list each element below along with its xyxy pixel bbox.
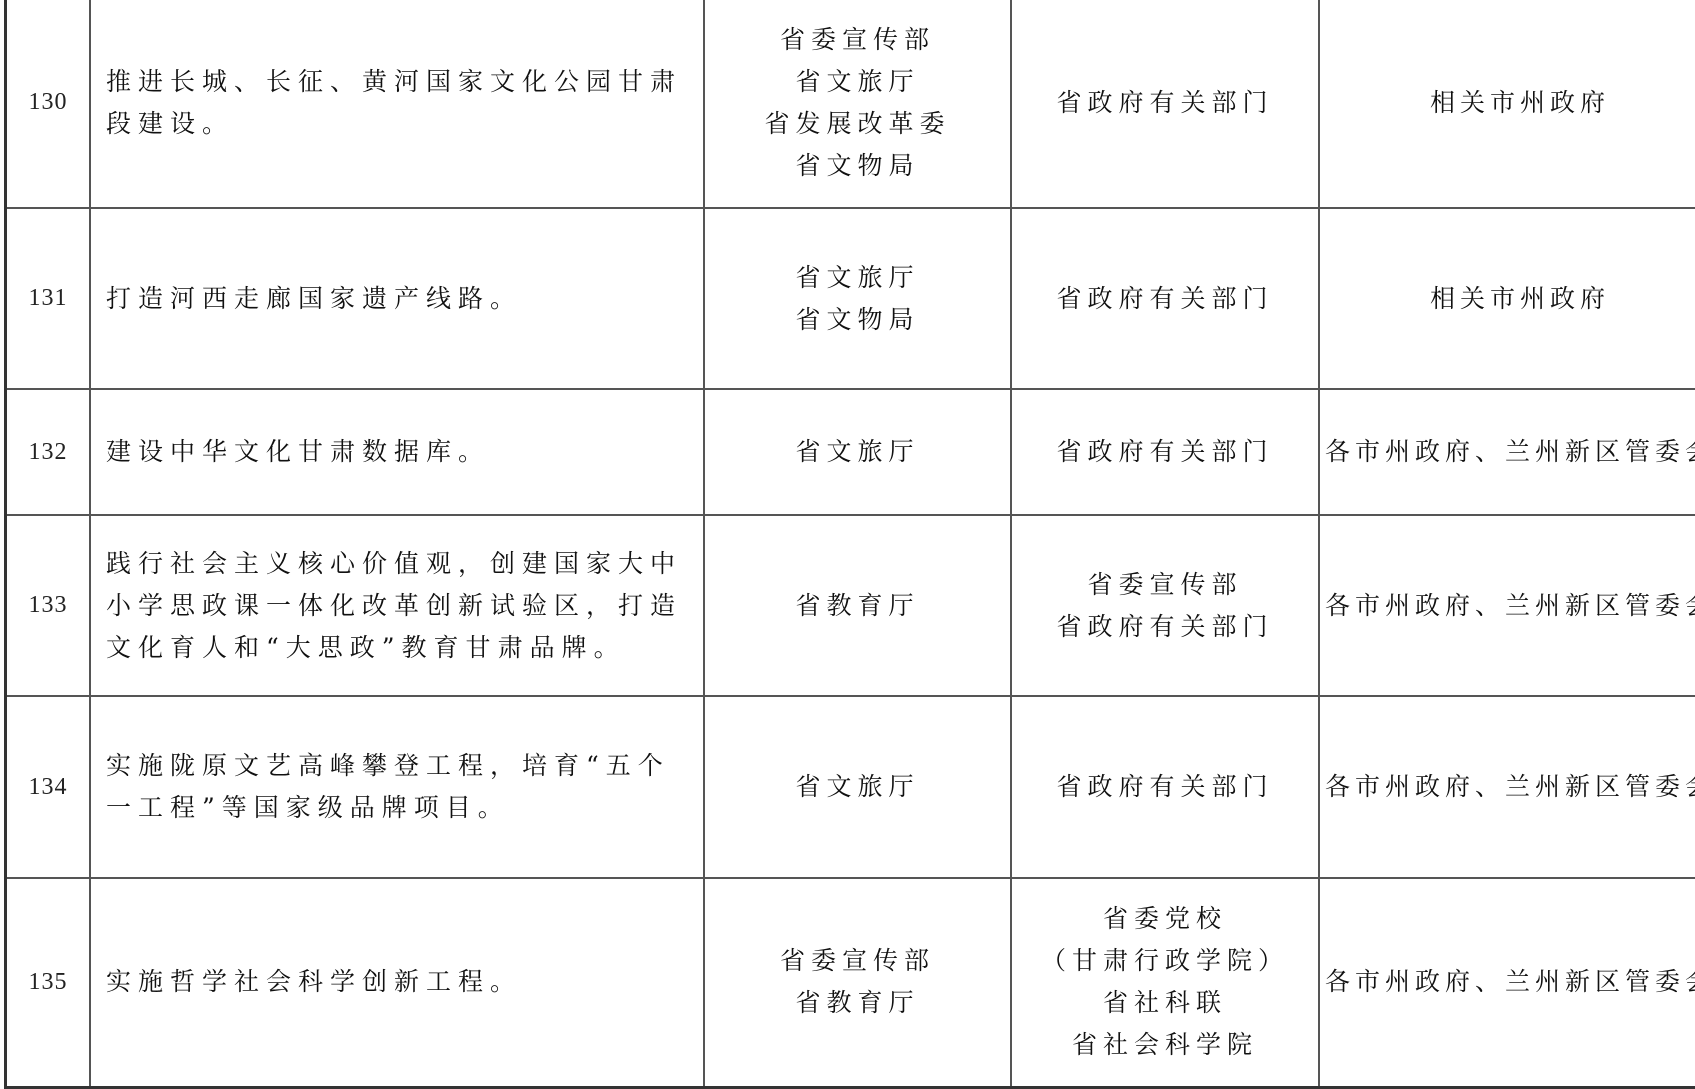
task-cell: 建设中华文化甘肃数据库。 [90, 389, 704, 515]
cooperating-units: 相关市州政府 [1320, 278, 1695, 320]
task-cell: 推进长城、长征、黄河国家文化公园甘肃段建设。 [90, 0, 704, 208]
cooperating-units: 相关市州政府 [1320, 82, 1695, 124]
lead-units-cell: 省委宣传部省文旅厅省发展改革委省文物局 [704, 0, 1011, 208]
task-description: 建设中华文化甘肃数据库。 [106, 431, 693, 473]
task-assignment-table: 130 推进长城、长征、黄河国家文化公园甘肃段建设。 省委宣传部省文旅厅省发展改… [4, 0, 1695, 1089]
cooperating-units-cell: 各市州政府、兰州新区管委会 [1319, 389, 1695, 515]
cooperating-units: 各市州政府、兰州新区管委会 [1320, 431, 1695, 473]
cooperating-units-cell: 各市州政府、兰州新区管委会 [1319, 696, 1695, 878]
row-number-cell: 130 [6, 0, 91, 208]
lead-unit-item: 省发展改革委 [705, 103, 1010, 145]
task-description: 践行社会主义核心价值观，创建国家大中小学思政课一体化改革创新试验区，打造文化育人… [106, 543, 693, 669]
cooperating-units-cell: 各市州政府、兰州新区管委会 [1319, 515, 1695, 696]
responsible-units-cell: 省政府有关部门 [1011, 208, 1319, 389]
row-number: 133 [29, 592, 68, 618]
responsible-unit-item: 省社会科学院 [1012, 1024, 1318, 1066]
table-row: 131 打造河西走廊国家遗产线路。 省文旅厅省文物局 省政府有关部门 相关市州政… [6, 208, 1695, 389]
lead-units-cell: 省文旅厅 [704, 696, 1011, 878]
table-row: 130 推进长城、长征、黄河国家文化公园甘肃段建设。 省委宣传部省文旅厅省发展改… [6, 0, 1695, 208]
row-number: 130 [29, 89, 68, 115]
task-cell: 践行社会主义核心价值观，创建国家大中小学思政课一体化改革创新试验区，打造文化育人… [90, 515, 704, 696]
row-number-cell: 133 [6, 515, 91, 696]
row-number-cell: 131 [6, 208, 91, 389]
lead-units-cell: 省教育厅 [704, 515, 1011, 696]
responsible-unit-item: （甘肃行政学院） [1012, 940, 1318, 982]
lead-units-cell: 省文旅厅省文物局 [704, 208, 1011, 389]
cooperating-units: 各市州政府、兰州新区管委会 [1320, 961, 1695, 1003]
row-number: 135 [29, 969, 68, 995]
row-number-cell: 132 [6, 389, 91, 515]
table-body: 130 推进长城、长征、黄河国家文化公园甘肃段建设。 省委宣传部省文旅厅省发展改… [6, 0, 1695, 1087]
responsible-unit-item: 省政府有关部门 [1012, 766, 1318, 808]
lead-unit-item: 省教育厅 [705, 982, 1010, 1024]
row-number: 131 [29, 285, 68, 311]
lead-unit-item: 省文物局 [705, 145, 1010, 187]
task-cell: 打造河西走廊国家遗产线路。 [90, 208, 704, 389]
task-cell: 实施陇原文艺高峰攀登工程，培育“五个一工程”等国家级品牌项目。 [90, 696, 704, 878]
row-number-cell: 134 [6, 696, 91, 878]
lead-units-cell: 省文旅厅 [704, 389, 1011, 515]
lead-unit-item: 省教育厅 [705, 585, 1010, 627]
task-description: 推进长城、长征、黄河国家文化公园甘肃段建设。 [106, 61, 693, 145]
responsible-unit-item: 省政府有关部门 [1012, 606, 1318, 648]
task-description: 打造河西走廊国家遗产线路。 [106, 278, 693, 320]
task-cell: 实施哲学社会科学创新工程。 [90, 878, 704, 1087]
task-description: 实施哲学社会科学创新工程。 [106, 961, 693, 1003]
responsible-unit-item: 省委宣传部 [1012, 564, 1318, 606]
responsible-units-cell: 省政府有关部门 [1011, 389, 1319, 515]
lead-units-cell: 省委宣传部省教育厅 [704, 878, 1011, 1087]
responsible-unit-item: 省政府有关部门 [1012, 82, 1318, 124]
table-row: 132 建设中华文化甘肃数据库。 省文旅厅 省政府有关部门 各市州政府、兰州新区… [6, 389, 1695, 515]
cooperating-units-cell: 各市州政府、兰州新区管委会 [1319, 878, 1695, 1087]
lead-unit-item: 省文旅厅 [705, 431, 1010, 473]
responsible-unit-item: 省委党校 [1012, 898, 1318, 940]
row-number-cell: 135 [6, 878, 91, 1087]
lead-unit-item: 省委宣传部 [705, 19, 1010, 61]
cooperating-units: 各市州政府、兰州新区管委会 [1320, 766, 1695, 808]
cooperating-units-cell: 相关市州政府 [1319, 208, 1695, 389]
lead-unit-item: 省文旅厅 [705, 257, 1010, 299]
table-row: 135 实施哲学社会科学创新工程。 省委宣传部省教育厅 省委党校（甘肃行政学院）… [6, 878, 1695, 1087]
responsible-units-cell: 省委党校（甘肃行政学院）省社科联省社会科学院 [1011, 878, 1319, 1087]
row-number: 134 [29, 774, 68, 800]
lead-unit-item: 省委宣传部 [705, 940, 1010, 982]
responsible-unit-item: 省政府有关部门 [1012, 278, 1318, 320]
responsible-unit-item: 省社科联 [1012, 982, 1318, 1024]
cooperating-units-cell: 相关市州政府 [1319, 0, 1695, 208]
table-row: 134 实施陇原文艺高峰攀登工程，培育“五个一工程”等国家级品牌项目。 省文旅厅… [6, 696, 1695, 878]
responsible-unit-item: 省政府有关部门 [1012, 431, 1318, 473]
table-row: 133 践行社会主义核心价值观，创建国家大中小学思政课一体化改革创新试验区，打造… [6, 515, 1695, 696]
lead-unit-item: 省文旅厅 [705, 61, 1010, 103]
task-description: 实施陇原文艺高峰攀登工程，培育“五个一工程”等国家级品牌项目。 [106, 745, 693, 829]
responsible-units-cell: 省政府有关部门 [1011, 696, 1319, 878]
responsible-units-cell: 省政府有关部门 [1011, 0, 1319, 208]
lead-unit-item: 省文旅厅 [705, 766, 1010, 808]
row-number: 132 [29, 439, 68, 465]
cooperating-units: 各市州政府、兰州新区管委会 [1320, 585, 1695, 627]
responsible-units-cell: 省委宣传部省政府有关部门 [1011, 515, 1319, 696]
lead-unit-item: 省文物局 [705, 299, 1010, 341]
